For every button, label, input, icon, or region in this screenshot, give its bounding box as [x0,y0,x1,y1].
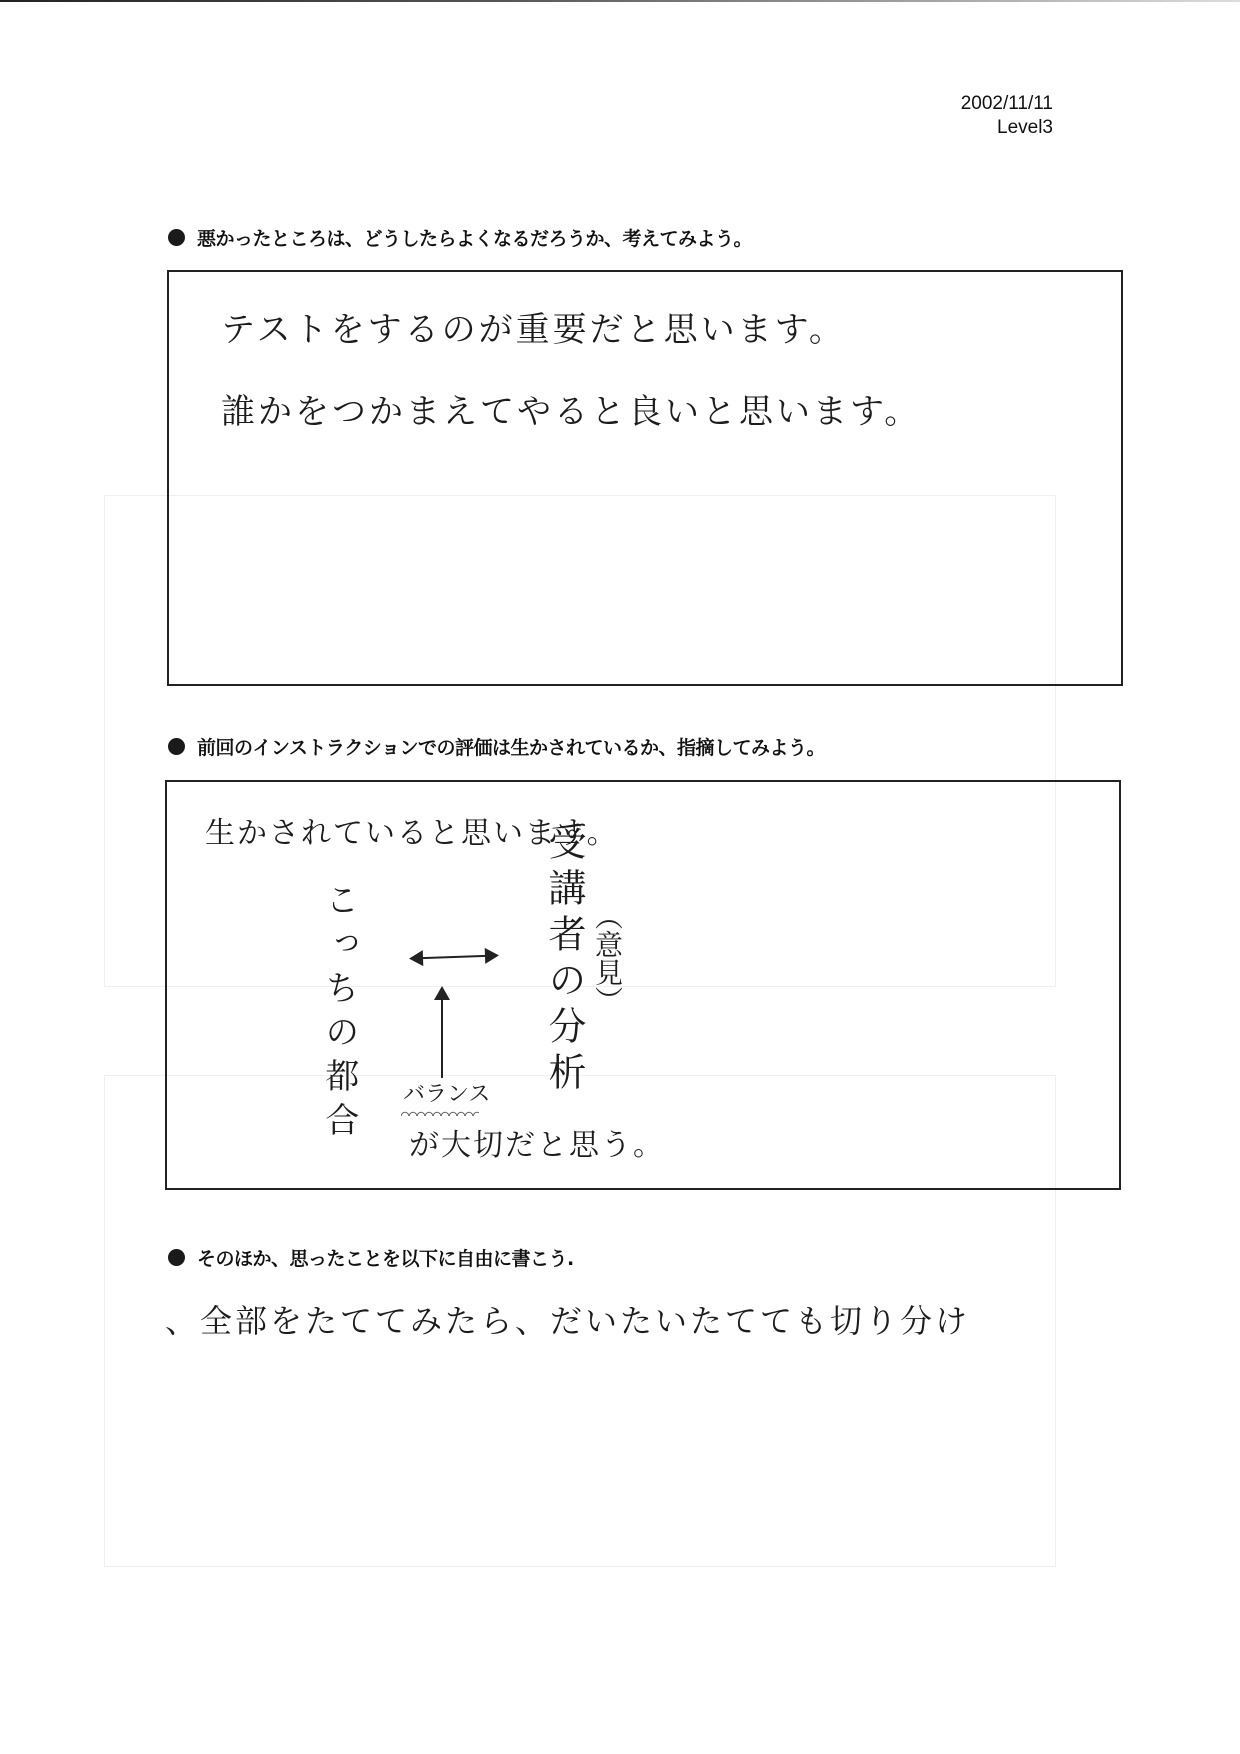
answer-box-improvements[interactable]: テストをするのが重要だと思います。 誰かをつかまえてやると良いと思います。 [167,270,1123,686]
section-heading-improvements: 悪かったところは、どうしたらよくなるだろうか、考えてみよう。 [168,224,752,251]
heading-text: 悪かったところは、どうしたらよくなるだろうか、考えてみよう。 [197,224,752,251]
wavy-underline [401,1108,479,1116]
answer-box-previous-feedback[interactable]: 生かされていると思います。 こっちの都合 受講者の分析 （意見） バランス が大… [165,780,1121,1190]
diagram-left-label: こっちの都合 [315,882,361,1146]
double-arrow-icon [411,954,497,959]
diagram-right-label: 受講者の分析 [537,822,589,1098]
section-heading-free-comments: そのほか、思ったことを以下に自由に書こう. [168,1244,574,1271]
diagram-balance-label: バランス [403,1077,490,1108]
heading-text: そのほか、思ったことを以下に自由に書こう. [197,1244,574,1271]
bullet-icon [168,1249,185,1266]
heading-text: 前回のインストラクションでの評価は生かされているか、指摘してみよう。 [197,733,825,760]
free-comment-answer: 、全部をたててみたら、だいたいたてても切り分け [165,1296,970,1342]
diagram-conclusion: が大切だと思う。 [409,1120,665,1164]
bleed-through-text [172,95,244,121]
document-date: 2002/11/11 [961,92,1053,116]
handwritten-answer-line: テストをするのが重要だと思います。 [221,302,846,351]
handwritten-answer-line: 誰かをつかまえてやると良いと思います。 [221,384,921,433]
bullet-icon [168,738,185,755]
bullet-icon [168,229,185,246]
up-arrow-icon [441,990,443,1078]
scan-top-edge [0,0,1240,2]
section-heading-previous-feedback: 前回のインストラクションでの評価は生かされているか、指摘してみよう。 [168,733,825,760]
diagram-annotation: （意見） [587,902,627,1014]
document-level: Level3 [997,116,1053,140]
